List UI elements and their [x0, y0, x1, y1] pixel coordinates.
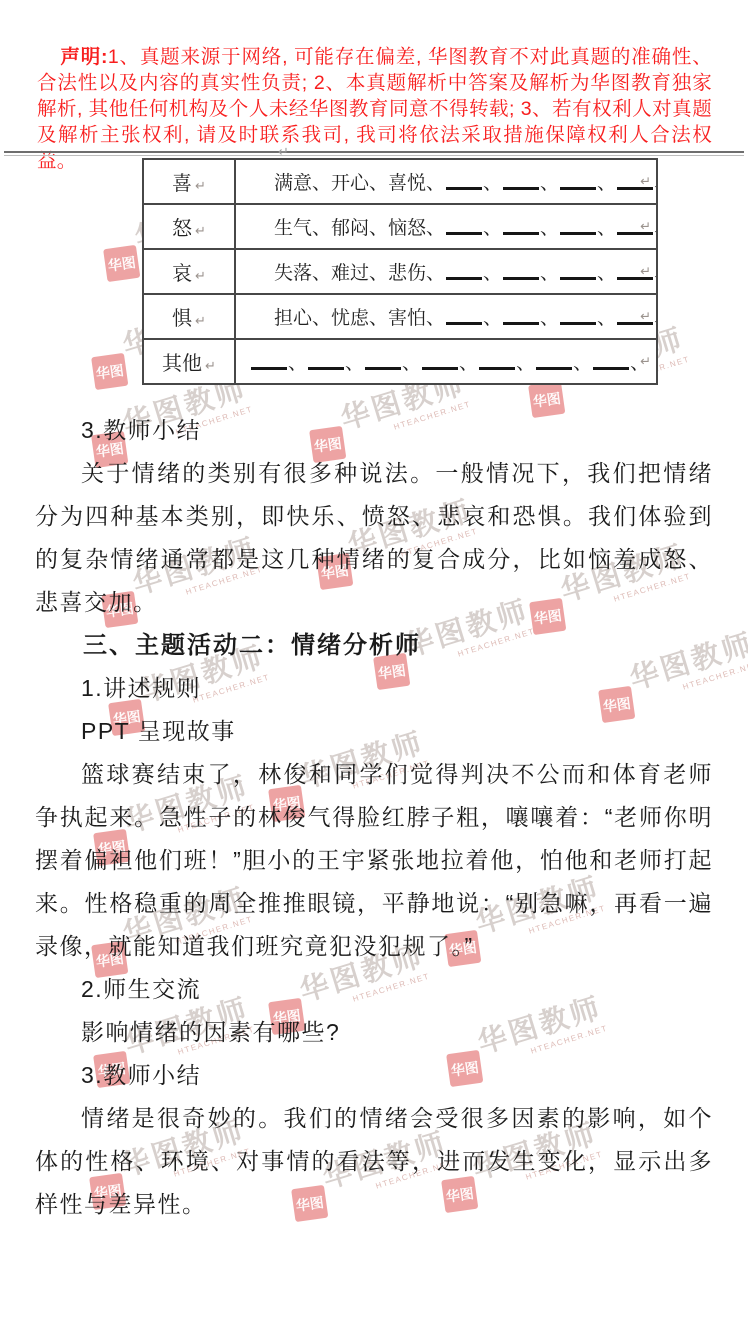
body-paragraph: 关于情绪的类别有很多种说法。一般情况下，我们把情绪分为四种基本类别，即快乐、愤怒… [35, 452, 713, 624]
blank-line [560, 322, 596, 325]
row-label: 其他 [162, 353, 202, 375]
table-row: 怒↵生气、郁闷、恼怒、、、、、↵ [143, 204, 657, 249]
return-mark-icon: ↵ [205, 359, 216, 374]
return-mark-icon: ↵ [640, 309, 651, 324]
body-paragraph: 1.讲述规则 [35, 667, 713, 710]
row-label: 喜 [172, 173, 192, 195]
emotion-table: 喜↵满意、开心、喜悦、、、、、↵怒↵生气、郁闷、恼怒、、、、、↵哀↵失落、难过、… [142, 158, 658, 385]
row-words: 生气、郁闷、恼怒、 [274, 218, 445, 239]
table-row: 惧↵担心、忧虑、害怕、、、、、↵ [143, 294, 657, 339]
blank-line [503, 322, 539, 325]
row-content-cell: 失落、难过、悲伤、、、、、↵ [235, 249, 657, 294]
blank-line [536, 367, 572, 370]
disclaimer-prefix: 声明: [60, 46, 107, 68]
blank-line [560, 232, 596, 235]
row-label: 惧 [172, 308, 192, 330]
blank-line [446, 187, 482, 190]
row-label: 怒 [172, 218, 192, 240]
blank-line [446, 277, 482, 280]
blank-line [251, 367, 287, 370]
blank-line [446, 232, 482, 235]
return-mark-icon: ↵ [640, 219, 651, 234]
body-paragraph: 情绪是很奇妙的。我们的情绪会受很多因素的影响，如个体的性格、环境、对事情的看法等… [35, 1097, 713, 1226]
blank-line [560, 187, 596, 190]
blank-line [593, 367, 629, 370]
row-words: 失落、难过、悲伤、 [274, 263, 445, 284]
body-text: 3.教师小结关于情绪的类别有很多种说法。一般情况下，我们把情绪分为四种基本类别，… [35, 409, 713, 1226]
return-mark-icon: ↵ [195, 314, 206, 329]
table-row: 哀↵失落、难过、悲伤、、、、、↵ [143, 249, 657, 294]
return-mark-icon: ↵ [278, 144, 289, 160]
blank-line [365, 367, 401, 370]
table-row: 其他↵、、、、、、、↵ [143, 339, 657, 384]
body-paragraph: PPT 呈现故事 [35, 710, 713, 753]
row-label: 哀 [172, 263, 192, 285]
row-words: 满意、开心、喜悦、 [274, 173, 445, 194]
return-mark-icon: ↵ [195, 224, 206, 239]
body-paragraph: 3.教师小结 [35, 1054, 713, 1097]
blank-line [503, 277, 539, 280]
blank-line [422, 367, 458, 370]
body-paragraph: 影响情绪的因素有哪些? [35, 1011, 713, 1054]
row-content-cell: 、、、、、、、↵ [235, 339, 657, 384]
blank-line [308, 367, 344, 370]
row-label-cell: 惧↵ [143, 294, 235, 339]
row-content-cell: 担心、忧虑、害怕、、、、、↵ [235, 294, 657, 339]
huatu-logo-icon: 华图 [103, 245, 140, 282]
row-label-cell: 哀↵ [143, 249, 235, 294]
divider-line [4, 151, 744, 156]
row-content-cell: 生气、郁闷、恼怒、、、、、↵ [235, 204, 657, 249]
body-paragraph: 3.教师小结 [35, 409, 713, 452]
return-mark-icon: ↵ [640, 174, 651, 189]
row-label-cell: 怒↵ [143, 204, 235, 249]
document-page: 华图华图教师HTEACHER.NET华图华图教师HTEACHER.NET华图华图… [0, 0, 748, 1335]
row-label-cell: 其他↵ [143, 339, 235, 384]
return-mark-icon: ↵ [640, 264, 651, 279]
return-mark-icon: ↵ [195, 179, 206, 194]
body-paragraph: 2.师生交流 [35, 968, 713, 1011]
blank-line [560, 277, 596, 280]
return-mark-icon: ↵ [640, 354, 651, 369]
blank-line [446, 322, 482, 325]
row-words: 担心、忧虑、害怕、 [274, 308, 445, 329]
blank-line [503, 187, 539, 190]
huatu-logo-icon: 华图 [91, 353, 128, 390]
section-heading: 三、主题活动二：情绪分析师 [35, 624, 713, 667]
return-mark-icon: ↵ [195, 269, 206, 284]
blank-line [503, 232, 539, 235]
body-paragraph: 篮球赛结束了，林俊和同学们觉得判决不公而和体育老师争执起来。急性子的林俊气得脸红… [35, 753, 713, 968]
blank-line [479, 367, 515, 370]
